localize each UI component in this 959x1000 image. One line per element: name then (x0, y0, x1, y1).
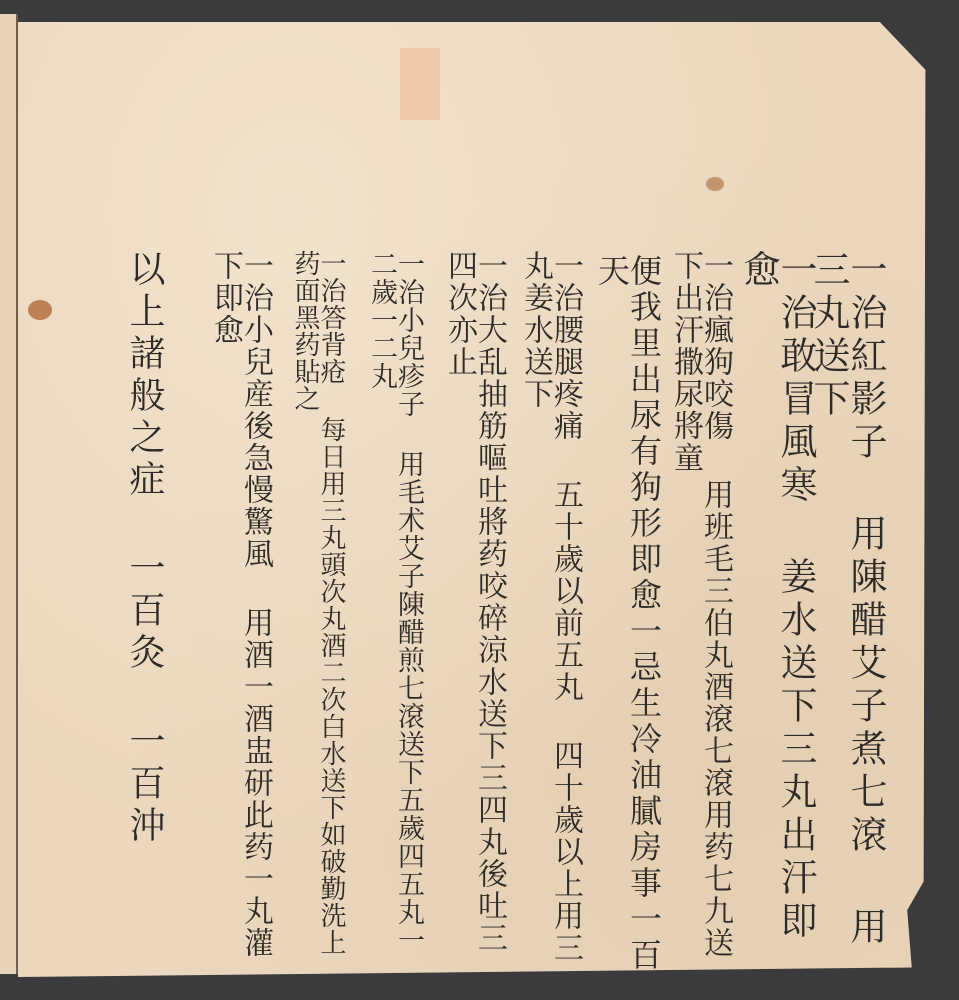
text-column-5: 一治腰腿疼痛 五十歲以前五丸 四十歲以上用三丸姜水送下 (520, 250, 580, 977)
ink-stain (706, 177, 724, 191)
faded-seal-stamp (400, 48, 440, 120)
text-column-3: 一治瘋狗咬傷 用班毛三伯丸酒滾七滾用药七九送下出汗撒尿將童 (670, 250, 730, 977)
manuscript-page: 一治紅影子 用陳醋艾子煮七滾 用三丸送下 一治敢冒風寒 姜水送下三丸出汗即愈 一… (18, 22, 930, 977)
ink-stain (28, 300, 52, 320)
text-column-4: 便我里出尿有狗形即愈一忌生冷油膩房事一百天 (596, 254, 660, 977)
text-column-7: 一治小兒疹子 用毛术艾子陳醋煎七滾送下五歲四五丸一二歲一二丸 (368, 250, 422, 977)
text-column-1: 一治紅影子 用陳醋艾子煮七滾 用三丸送下 (810, 250, 884, 977)
text-column-10: 以上諸般之症 一百灸 一百沖 (126, 250, 162, 848)
text-column-8: 一治答背疮 每日用三丸頭次丸酒二次白水送下如破勤洗上药面黑药貼之 (292, 250, 344, 977)
facing-page-edge (0, 14, 18, 974)
text-column-9: 一治小兒産後急慢驚風 用酒一酒盅研此药一丸灌下即愈 (210, 250, 270, 977)
text-column-2: 一治敢冒風寒 姜水送下三丸出汗即愈 (740, 250, 814, 977)
text-column-6: 一治大乱抽筋嘔吐將药咬碎涼水送下三四丸後吐三四次亦止 (444, 250, 504, 977)
